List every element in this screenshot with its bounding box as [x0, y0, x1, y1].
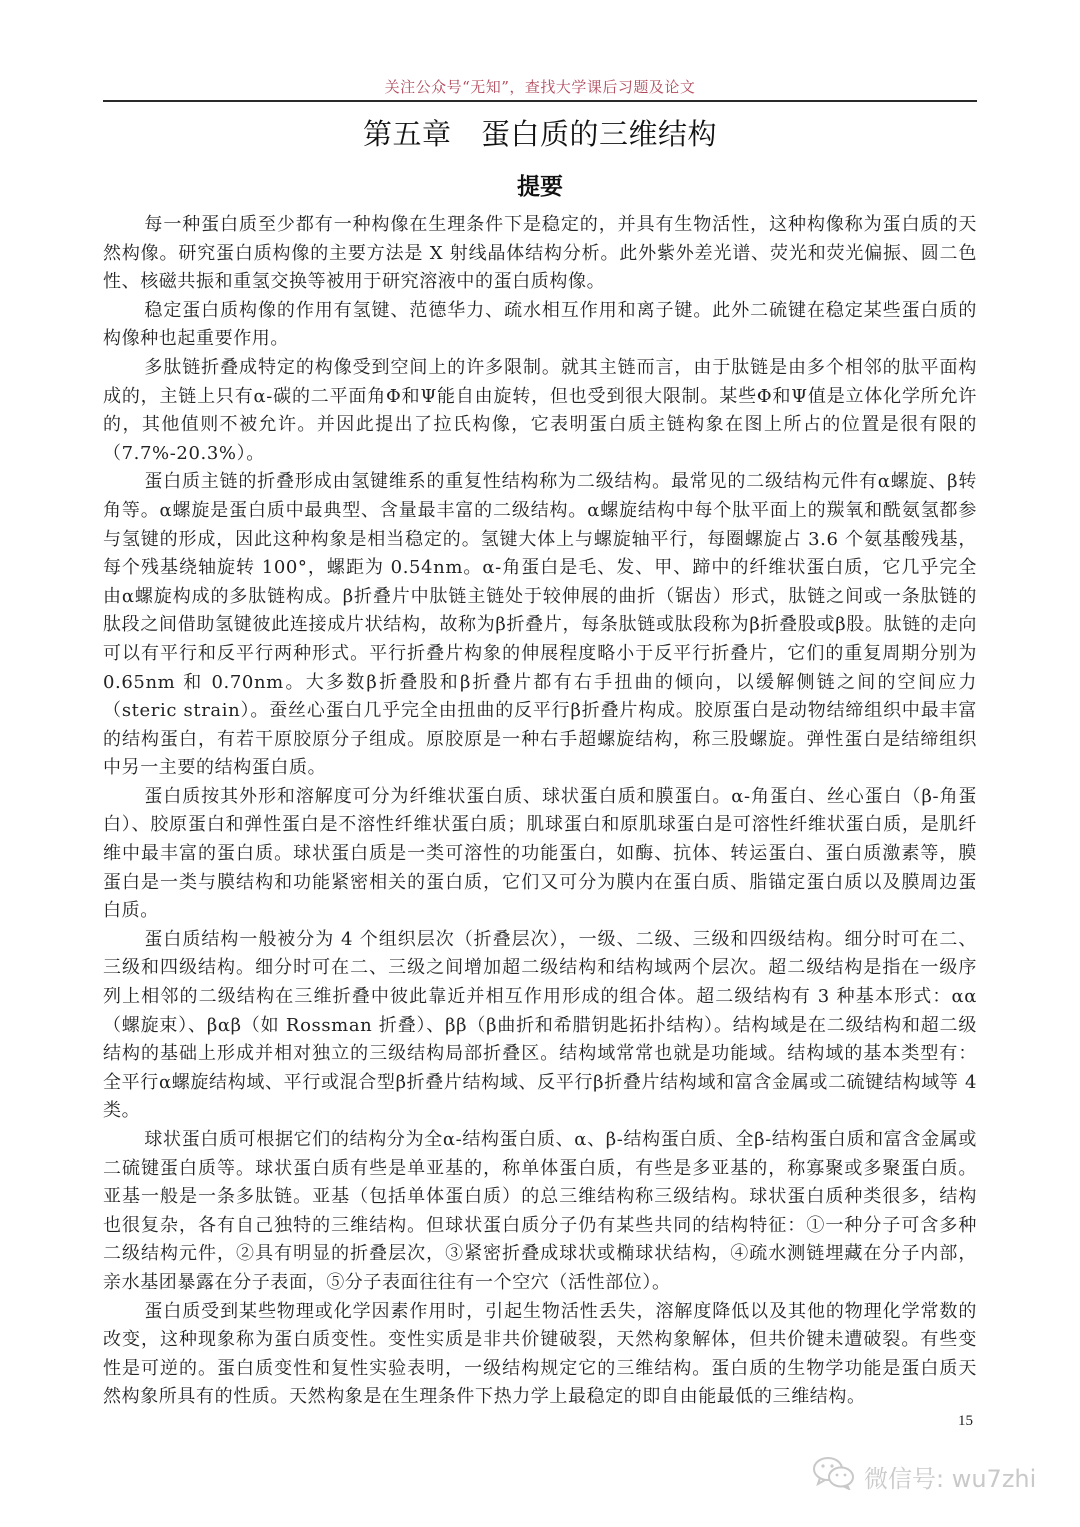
paragraph-native-conformation: 每一种蛋白质至少都有一种构像在生理条件下是稳定的，并具有生物活性，这种构像称为蛋…: [103, 211, 977, 297]
header-divider: [103, 100, 977, 102]
paragraph-stabilizing-forces: 稳定蛋白质构像的作用有氢键、范德华力、疏水相互作用和离子键。此外二硫键在稳定某些…: [103, 297, 977, 354]
page-header-notice: 关注公众号“无知”，查找大学课后习题及论文: [103, 76, 977, 97]
page-number: 15: [958, 1413, 973, 1430]
chapter-title: 第五章 蛋白质的三维结构: [103, 112, 977, 153]
paragraph-structure-levels: 蛋白质结构一般被分为 4 个组织层次（折叠层次），一级、二级、三级和四级结构。细…: [103, 926, 977, 1126]
watermark-text: 微信号: wu7zhi: [864, 1459, 1036, 1494]
wechat-watermark: 微信号: wu7zhi: [812, 1456, 1036, 1496]
section-title: 提要: [103, 168, 977, 201]
paragraph-protein-classes: 蛋白质按其外形和溶解度可分为纤维状蛋白质、球状蛋白质和膜蛋白。α-角蛋白、丝心蛋…: [103, 783, 977, 926]
paragraph-secondary-structure: 蛋白质主链的折叠形成由氢键维系的重复性结构称为二级结构。最常见的二级结构元件有α…: [103, 468, 977, 783]
paragraph-ramachandran: 多肽链折叠成特定的构像受到空间上的许多限制。就其主链而言，由于肽链是由多个相邻的…: [103, 354, 977, 468]
body-text: 每一种蛋白质至少都有一种构像在生理条件下是稳定的，并具有生物活性，这种构像称为蛋…: [103, 211, 977, 1412]
paragraph-denaturation: 蛋白质受到某些物理或化学因素作用时，引起生物活性丢失，溶解度降低以及其他的物理化…: [103, 1298, 977, 1412]
wechat-icon: [812, 1456, 864, 1496]
paragraph-globular-proteins: 球状蛋白质可根据它们的结构分为全α-结构蛋白质、α、β-结构蛋白质、全β-结构蛋…: [103, 1126, 977, 1298]
